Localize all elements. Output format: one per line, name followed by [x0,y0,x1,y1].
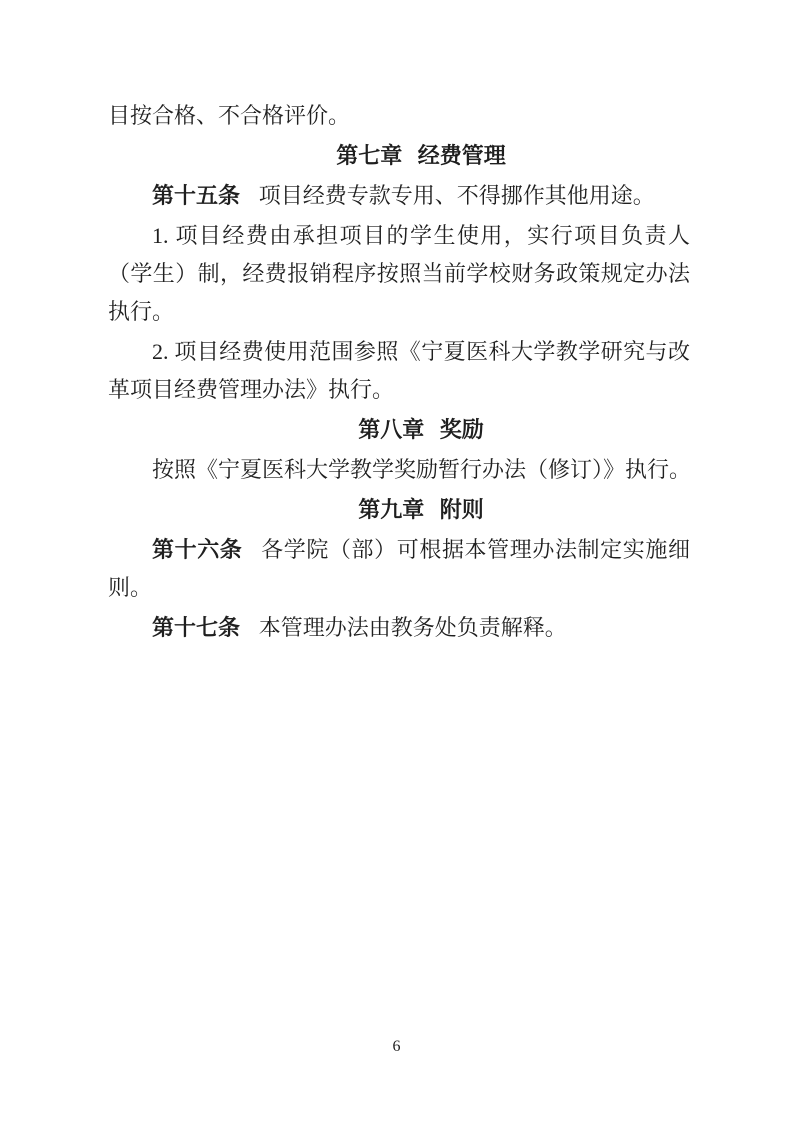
page-number: 6 [0,1036,793,1058]
document-body: 目按合格、不合格评价。 第七章 经费管理 第十五条项目经费专款专用、不得挪作其他… [108,95,690,649]
article-17-text: 本管理办法由教务处负责解释。 [259,615,567,640]
paragraph-continuation: 目按合格、不合格评价。 [108,97,690,135]
article-16-paragraph: 第十六条各学院（部）可根据本管理办法制定实施细则。 [108,531,690,607]
chapter-9-heading: 第九章 附则 [108,491,690,529]
article-15-text: 项目经费专款专用、不得挪作其他用途。 [259,183,655,208]
article-15-label: 第十五条 [152,183,240,208]
funding-item-1: 1. 项目经费由承担项目的学生使用，实行项目负责人（学生）制，经费报销程序按照当… [108,217,690,331]
article-16-label: 第十六条 [152,537,242,562]
article-15-paragraph: 第十五条项目经费专款专用、不得挪作其他用途。 [108,177,690,215]
chapter-8-heading: 第八章 奖励 [108,411,690,449]
funding-item-2: 2. 项目经费使用范围参照《宁夏医科大学教学研究与改革项目经费管理办法》执行。 [108,333,690,409]
article-17-label: 第十七条 [152,615,240,640]
chapter-8-body: 按照《宁夏医科大学教学奖励暂行办法（修订）》执行。 [108,451,690,489]
chapter-7-heading: 第七章 经费管理 [108,137,690,175]
article-17-paragraph: 第十七条本管理办法由教务处负责解释。 [108,609,690,647]
document-page: 目按合格、不合格评价。 第七章 经费管理 第十五条项目经费专款专用、不得挪作其他… [0,0,793,1122]
